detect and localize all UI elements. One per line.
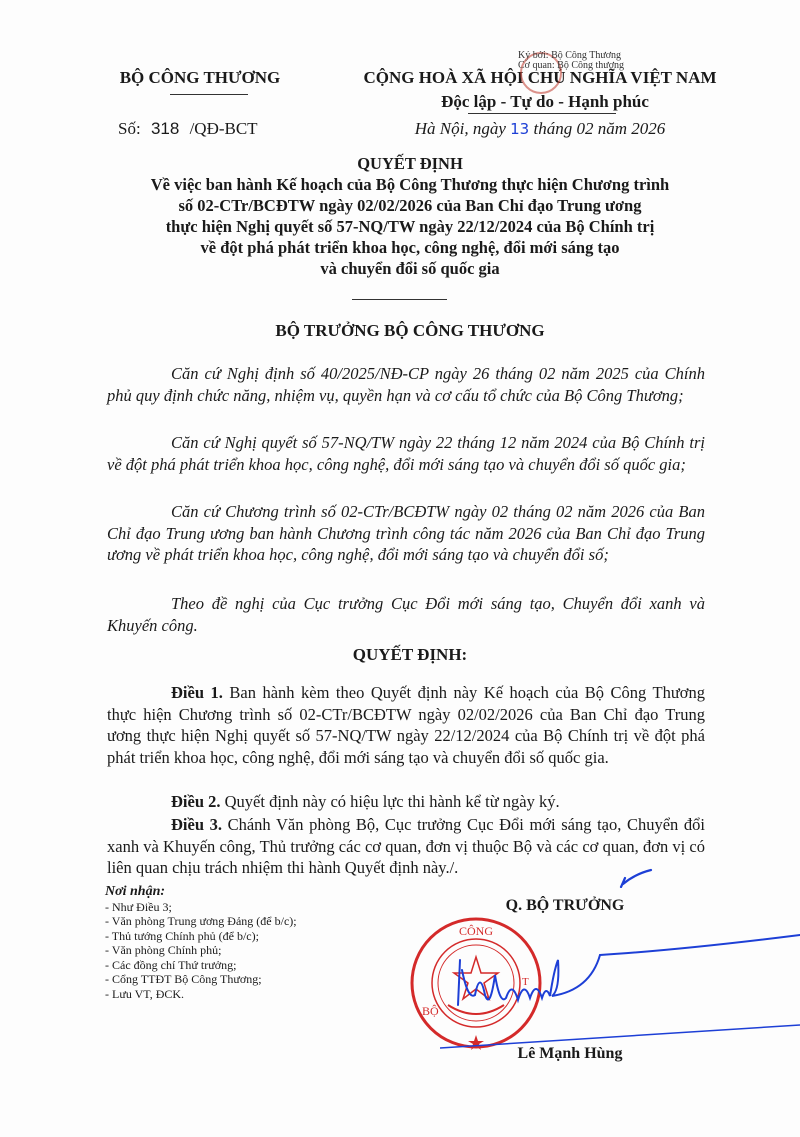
svg-text:BỘ: BỘ	[422, 1004, 439, 1018]
preamble-paragraph: Căn cứ Nghị định số 40/2025/NĐ-CP ngày 2…	[107, 363, 705, 406]
article-2: Điều 2. Quyết định này có hiệu lực thi h…	[107, 791, 705, 813]
title-heading: QUYẾT ĐỊNH	[120, 153, 700, 174]
date-day-handwritten: 13	[510, 120, 529, 138]
document-number: Số: 318 /QĐ-BCT	[118, 119, 258, 139]
recipient-item: - Các đồng chí Thứ trưởng;	[105, 958, 425, 973]
recipients-title: Nơi nhận:	[105, 885, 425, 900]
digital-signature-line: Cơ quan: Bộ Công thương	[518, 61, 624, 71]
article-label: Điều 2.	[171, 792, 221, 811]
national-motto: Độc lập - Tự do - Hạnh phúc	[395, 92, 695, 112]
date-prefix: Hà Nội, ngày	[415, 119, 506, 138]
digital-signature-info: Ký bởi: Bộ Công Thương Cơ quan: Bộ Công …	[518, 51, 624, 71]
article-label: Điều 3.	[171, 815, 222, 834]
recipient-item: - Cổng TTĐT Bộ Công Thương;	[105, 972, 425, 987]
issuing-agency: BỘ CÔNG THƯƠNG	[100, 68, 300, 88]
recipient-item: - Lưu VT, ĐCK.	[105, 987, 425, 1002]
article-1: Điều 1. Ban hành kèm theo Quyết định này…	[107, 682, 705, 768]
recipients-list: Nơi nhận: - Như Điều 3; - Văn phòng Trun…	[105, 885, 425, 1001]
preamble-paragraph: Căn cứ Nghị quyết số 57-NQ/TW ngày 22 th…	[107, 432, 705, 475]
recipient-item: - Như Điều 3;	[105, 900, 425, 915]
title-line: và chuyển đổi số quốc gia	[120, 258, 700, 279]
preamble-paragraph: Theo đề nghị của Cục trưởng Cục Đổi mới …	[107, 593, 705, 636]
article-label: Điều 1.	[171, 683, 223, 702]
doc-no-number: 318	[151, 119, 179, 138]
signer-name: Lê Mạnh Hùng	[460, 1045, 680, 1063]
decision-heading: QUYẾT ĐỊNH:	[100, 645, 720, 665]
recipient-item: - Văn phòng Trung ương Đảng (để b/c);	[105, 914, 425, 929]
doc-no-label: Số:	[118, 119, 141, 138]
signer-title: Q. BỘ TRƯỞNG	[455, 897, 675, 915]
authority-heading: BỘ TRƯỞNG BỘ CÔNG THƯƠNG	[100, 321, 720, 341]
date-suffix: tháng 02 năm 2026	[533, 119, 665, 138]
agency-underline	[170, 94, 248, 95]
title-line: số 02-CTr/BCĐTW ngày 02/02/2026 của Ban …	[120, 195, 700, 216]
preamble-paragraph: Căn cứ Chương trình số 02-CTr/BCĐTW ngày…	[107, 501, 705, 566]
recipient-item: - Thủ tướng Chính phủ (để b/c);	[105, 929, 425, 944]
recipient-item: - Văn phòng Chính phủ;	[105, 943, 425, 958]
doc-no-suffix: /QĐ-BCT	[190, 119, 258, 138]
title-line: về đột phá phát triển khoa học, công ngh…	[120, 237, 700, 258]
decision-title: QUYẾT ĐỊNH Về việc ban hành Kế hoạch của…	[120, 153, 700, 279]
title-line: thực hiện Nghị quyết số 57-NQ/TW ngày 22…	[120, 216, 700, 237]
title-line: Về việc ban hành Kế hoạch của Bộ Công Th…	[120, 174, 700, 195]
issue-date: Hà Nội, ngày 13 tháng 02 năm 2026	[385, 119, 695, 139]
motto-underline	[468, 113, 616, 114]
checkmark-icon	[615, 868, 655, 888]
title-underline	[352, 299, 447, 300]
